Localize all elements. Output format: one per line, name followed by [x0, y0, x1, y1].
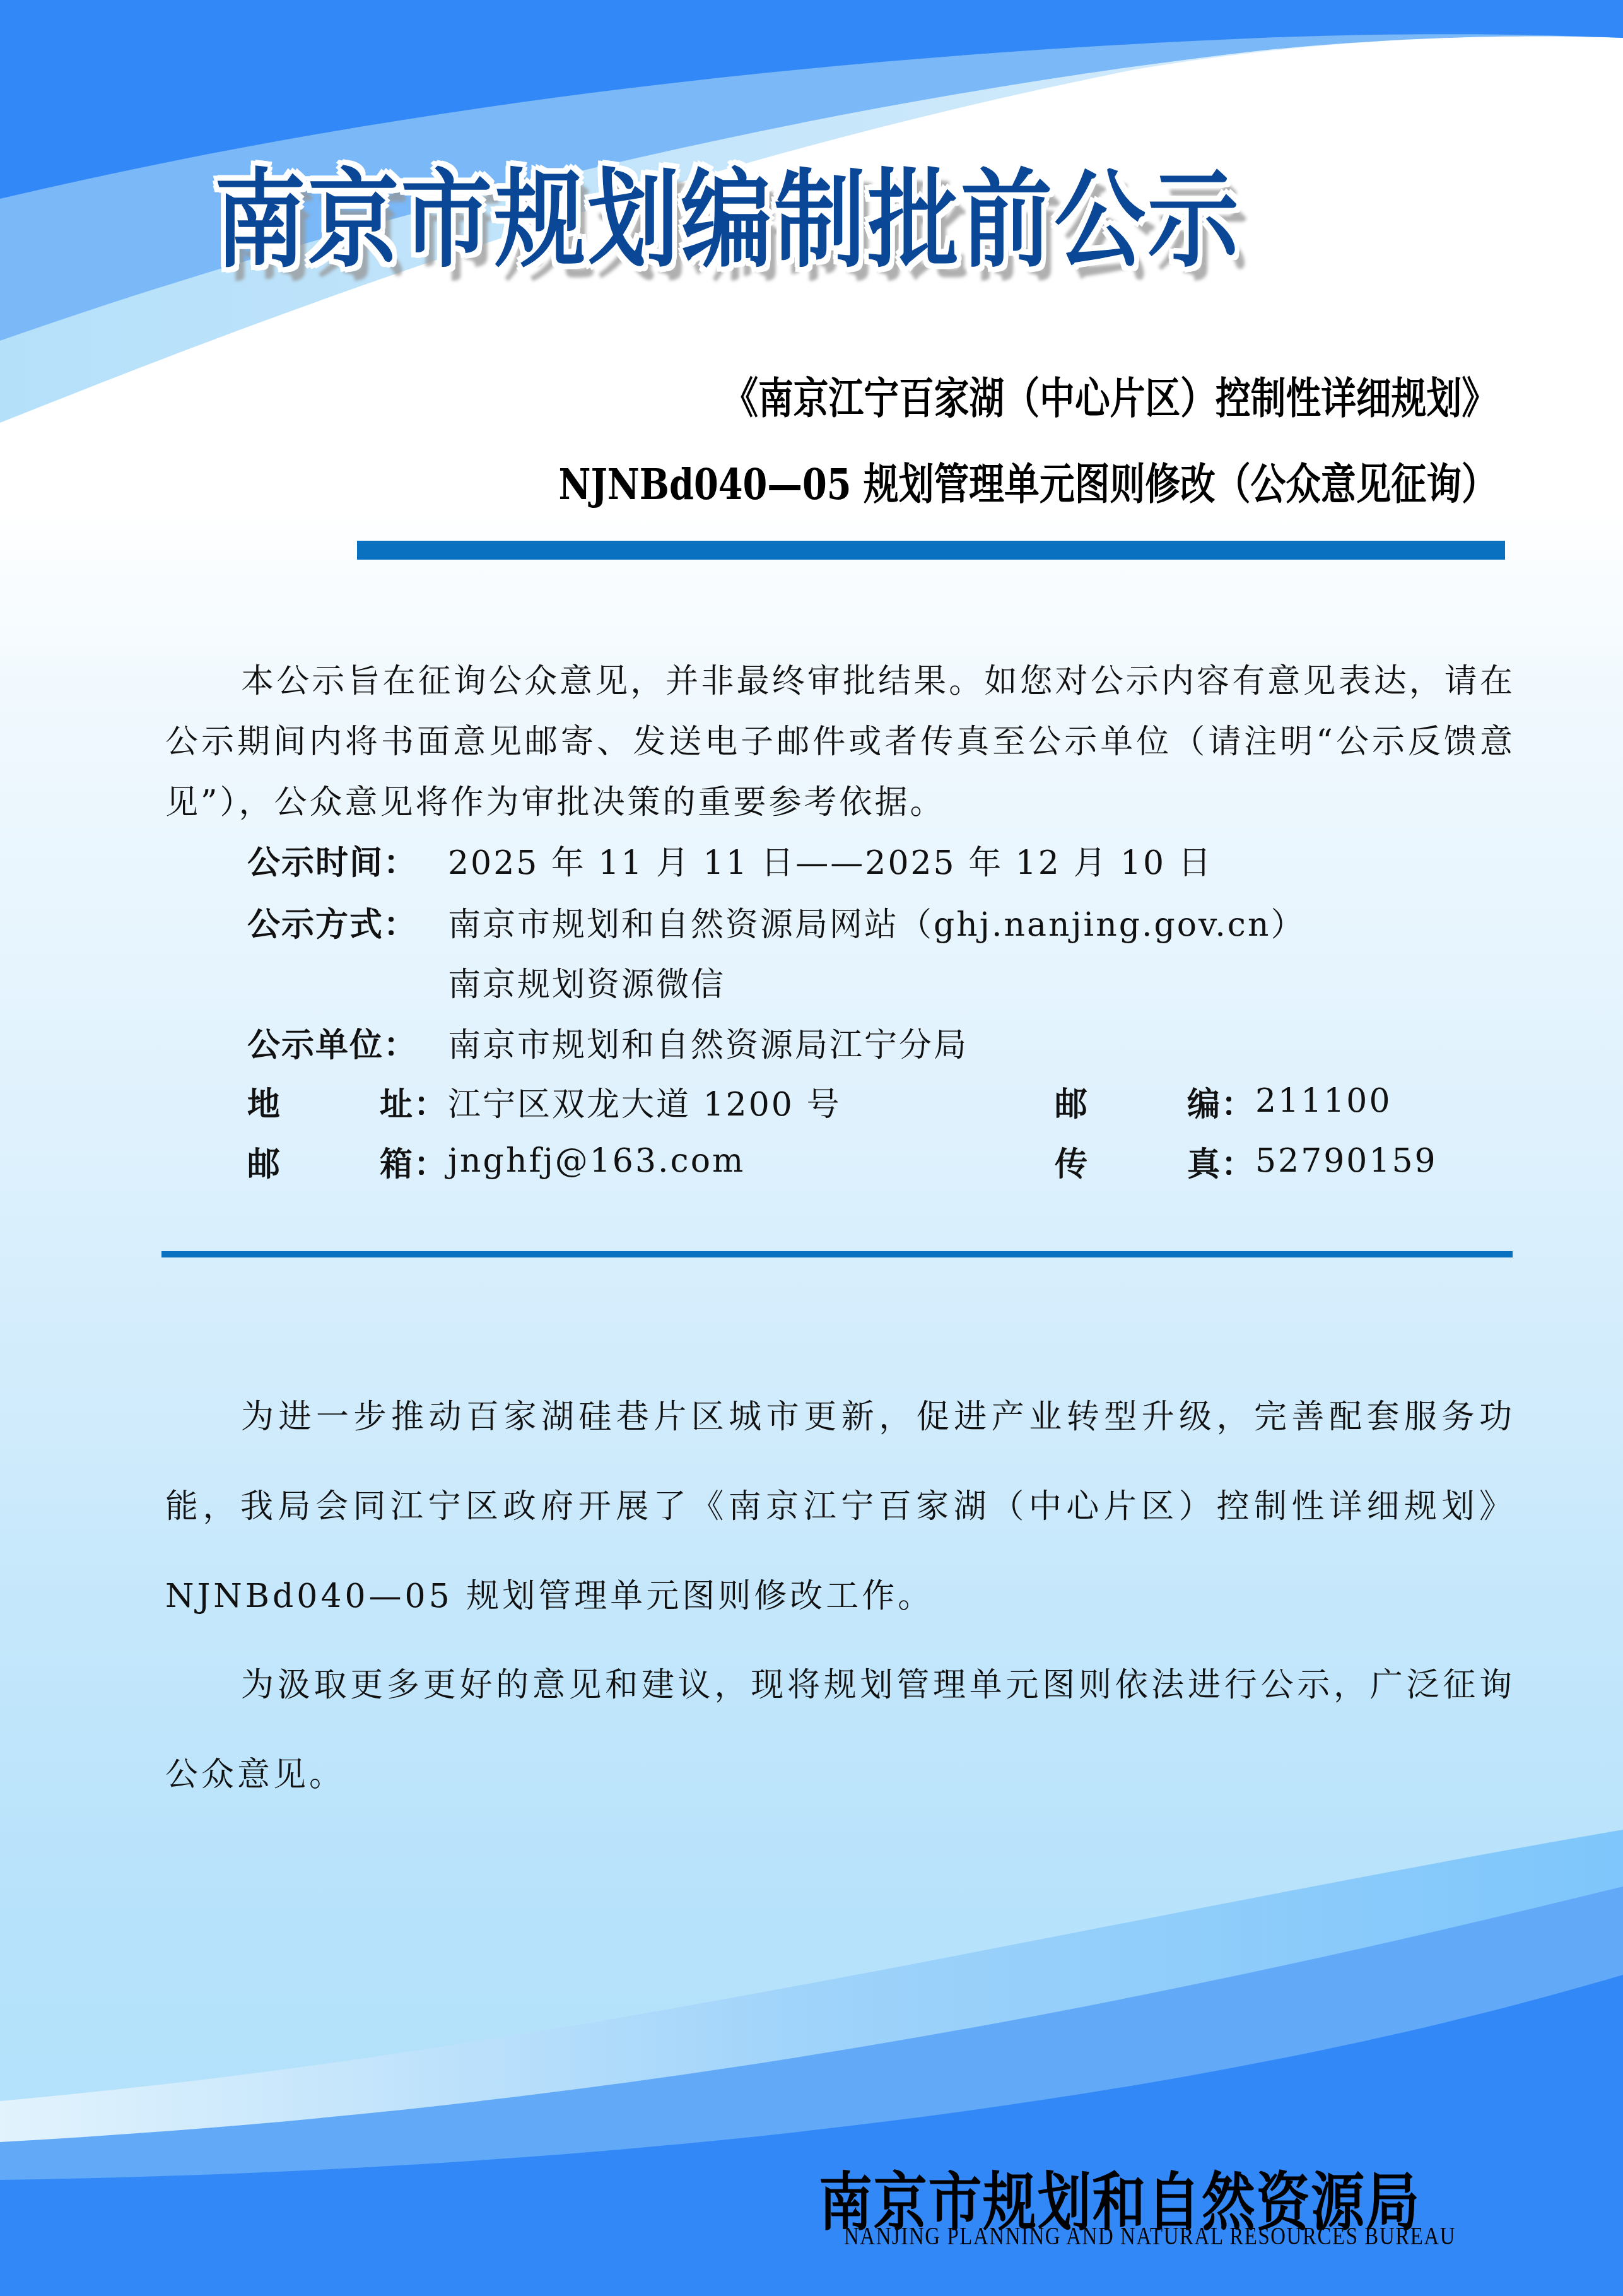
- intro-paragraph: 本公示旨在征询公众意见，并非最终审批结果。如您对公示内容有意见表达，请在公示期间…: [165, 651, 1515, 833]
- fax-value: 52790159: [1255, 1142, 1438, 1180]
- body-paragraph-2: 为汲取更多更好的意见和建议，现将规划管理单元图则依法进行公示，广泛征询公众意见。: [165, 1640, 1515, 1820]
- info-row-email: 邮 箱： jnghfj@163.com 传 真： 52790159: [247, 1133, 745, 1189]
- info-row-time: 公示时间： 2025 年 11 月 11 日——2025 年 12 月 10 日: [247, 831, 1213, 888]
- unit-label: 公示单位：: [247, 1018, 448, 1066]
- info-row-method-wechat: 南京规划资源微信: [247, 953, 725, 1010]
- address-value: 江宁区双龙大道 1200 号: [448, 1078, 841, 1125]
- email-label: 邮 箱：: [247, 1138, 448, 1185]
- postcode-value: 211100: [1255, 1082, 1392, 1120]
- plan-name-subtitle: 《南京江宁百家湖（中心片区）控制性详细规划》: [723, 365, 1497, 426]
- address-label: 地 址：: [247, 1078, 448, 1125]
- fax-field: 传 真： 52790159: [1055, 1138, 1438, 1185]
- method-label: 公示方式：: [247, 898, 448, 945]
- time-value: 2025 年 11 月 11 日——2025 年 12 月 10 日: [448, 836, 1213, 883]
- info-row-address: 地 址： 江宁区双龙大道 1200 号 邮 编： 211100: [247, 1073, 841, 1129]
- footer-org-name-english: NANJING PLANNING AND NATURAL RESOURCES B…: [844, 2221, 1456, 2251]
- method-wechat-value: 南京规划资源微信: [448, 958, 725, 1005]
- page-title: 南京市规划编制批前公示: [214, 136, 1245, 288]
- body-paragraph-1: 为进一步推动百家湖硅巷片区城市更新，促进产业转型升级，完善配套服务功能，我局会同…: [165, 1372, 1515, 1641]
- notice-page: 南京市规划编制批前公示 《南京江宁百家湖（中心片区）控制性详细规划》 NJNBd…: [0, 0, 1623, 2296]
- info-row-method: 公示方式： 南京市规划和自然资源局网站（ghj.nanjing.gov.cn）: [247, 893, 1305, 950]
- plan-unit-subtitle: NJNBd040—05 规划管理单元图则修改（公众意见征询）: [559, 450, 1497, 512]
- title-divider: [357, 541, 1505, 560]
- time-label: 公示时间：: [247, 836, 448, 883]
- postcode-field: 邮 编： 211100: [1055, 1078, 1392, 1125]
- info-row-unit: 公示单位： 南京市规划和自然资源局江宁分局: [247, 1013, 968, 1070]
- section-divider: [161, 1251, 1513, 1257]
- unit-value: 南京市规划和自然资源局江宁分局: [448, 1018, 968, 1066]
- postcode-label: 邮 编：: [1055, 1078, 1255, 1125]
- email-link[interactable]: jnghfj@163.com: [448, 1142, 745, 1180]
- fax-label: 传 真：: [1055, 1138, 1255, 1185]
- method-website-link[interactable]: 南京市规划和自然资源局网站（ghj.nanjing.gov.cn）: [448, 898, 1305, 945]
